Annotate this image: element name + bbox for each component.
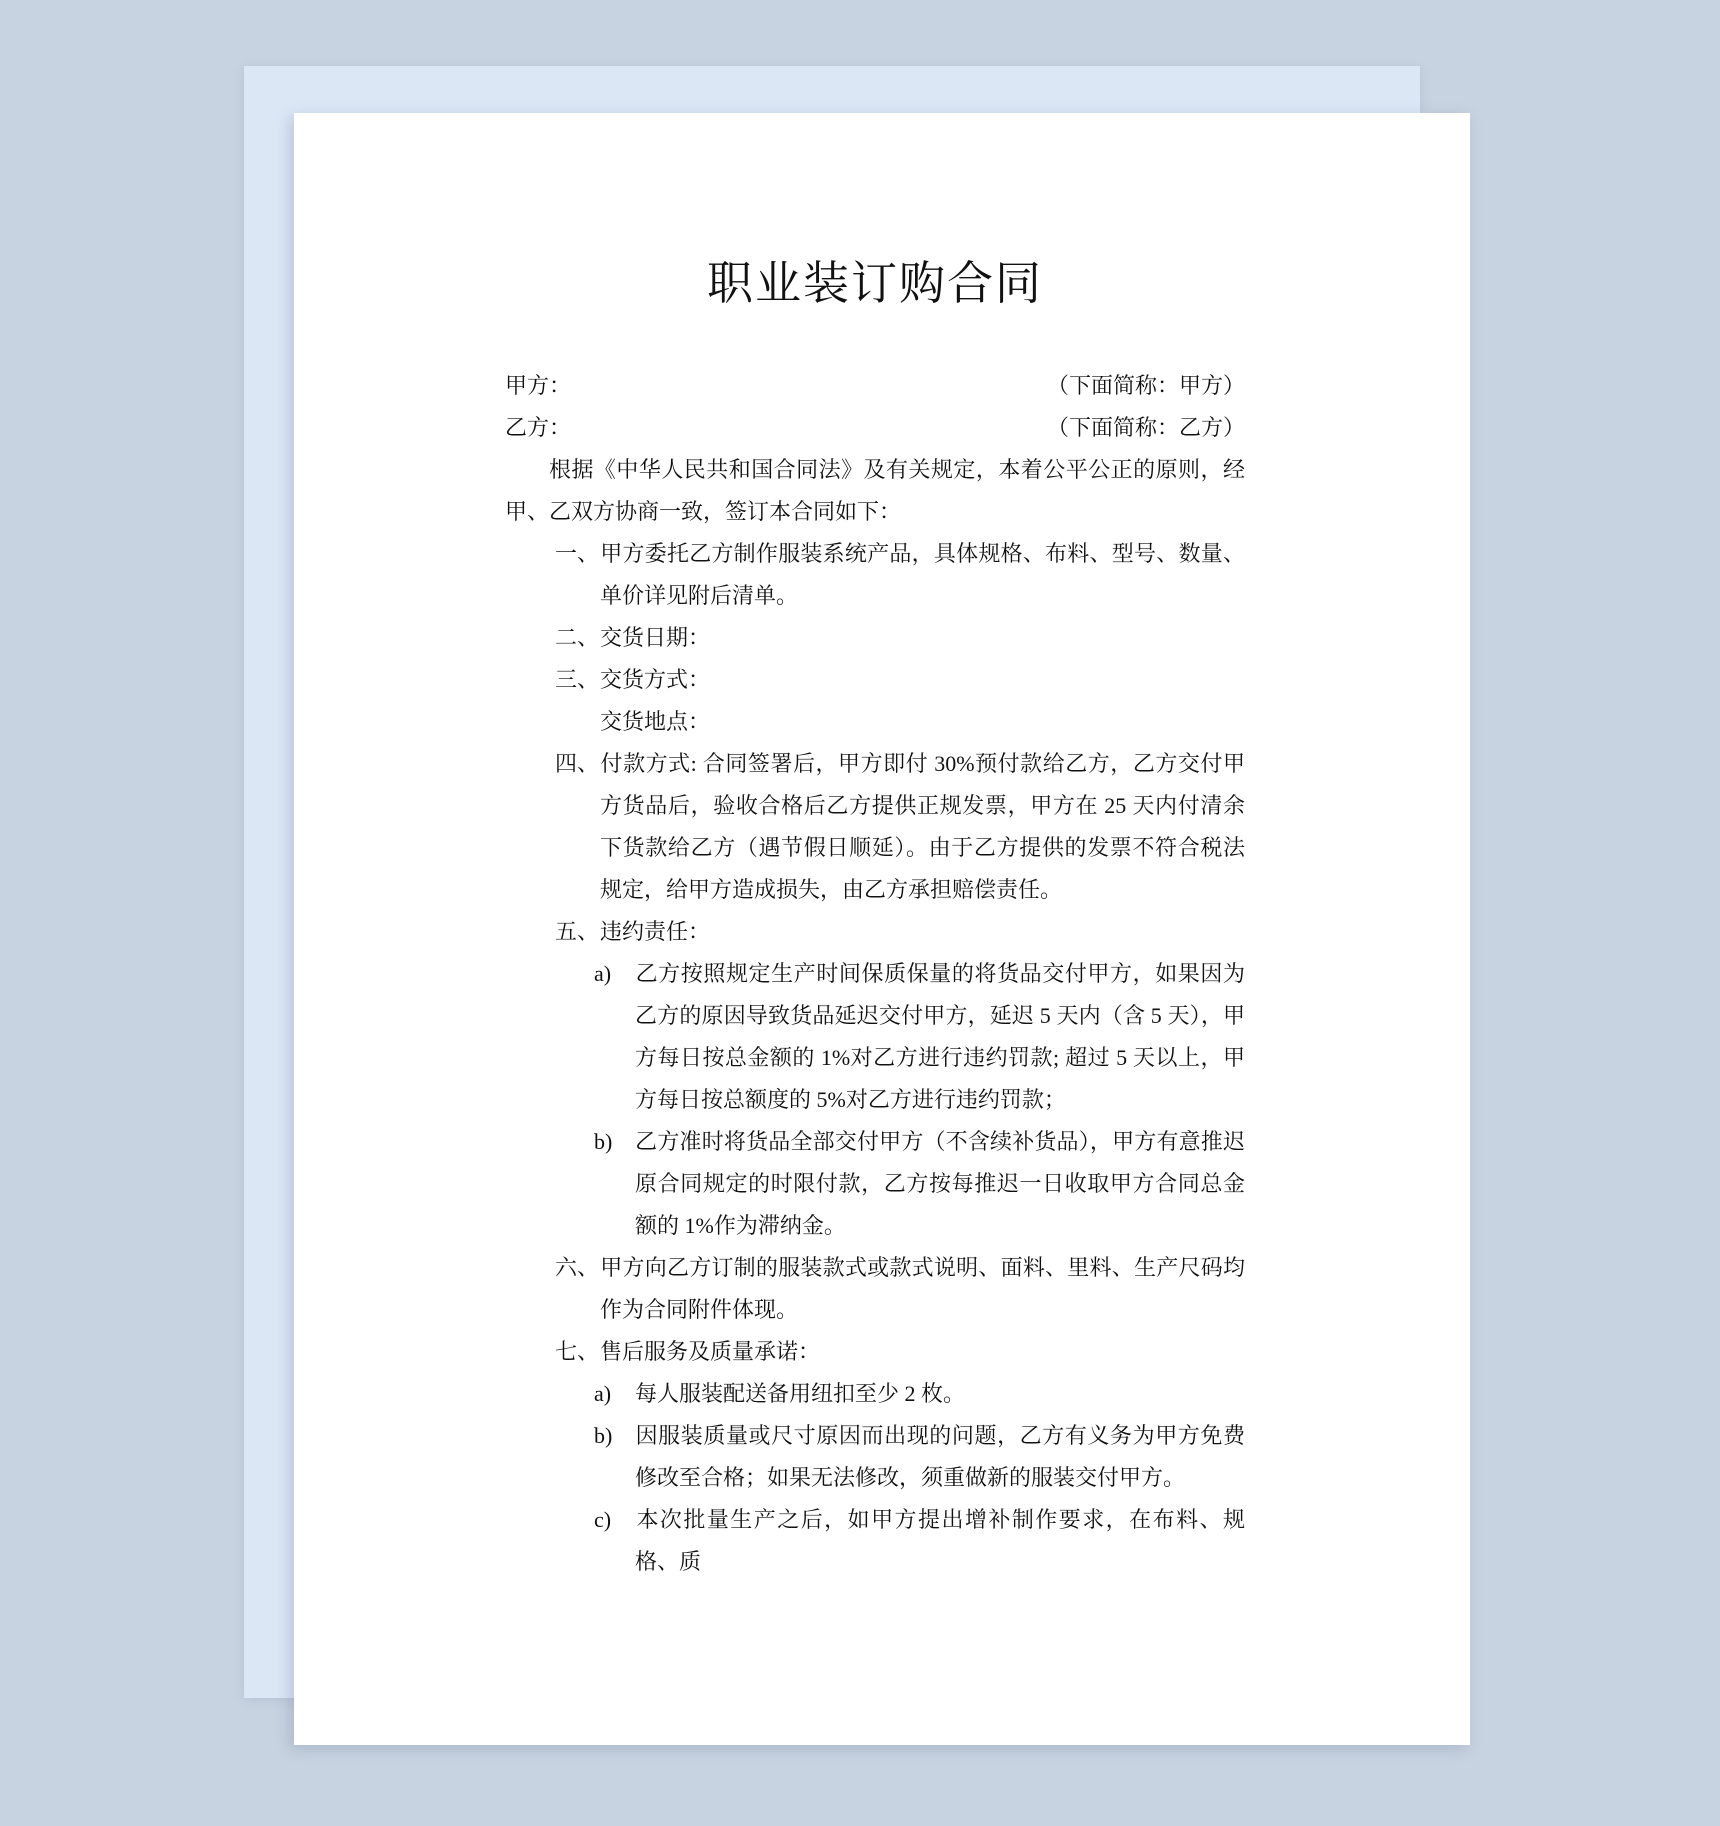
clause-text: 每人服装配送备用纽扣至少 2 枚。 (635, 1381, 965, 1406)
clause-label: c) (505, 1499, 635, 1541)
clause-sub-line: 交货地点： (505, 701, 1245, 743)
clause-label: a) (505, 953, 635, 995)
contract-preamble: 根据《中华人民共和国合同法》及有关规定，本着公平公正的原则，经甲、乙双方协商一致… (505, 449, 1245, 533)
clause: 二、交货日期： (505, 617, 1245, 659)
party-a-label: 甲方： (505, 365, 571, 407)
clause: 五、违约责任： (505, 911, 1245, 953)
party-a-alias: （下面简称：甲方） (1047, 365, 1245, 407)
party-b-label: 乙方： (505, 407, 571, 449)
clause-label: b) (505, 1415, 635, 1457)
party-b-alias: （下面简称：乙方） (1047, 407, 1245, 449)
clause: b)因服装质量或尺寸原因而出现的问题，乙方有义务为甲方免费修改至合格；如果无法修… (505, 1415, 1245, 1499)
party-b-row: 乙方： （下面简称：乙方） (505, 407, 1245, 449)
contract-content: 职业装订购合同 甲方： （下面简称：甲方） 乙方： （下面简称：乙方） 根据《中… (294, 113, 1470, 1745)
clause: a)每人服装配送备用纽扣至少 2 枚。 (505, 1373, 1245, 1415)
clause-label: 二、 (505, 617, 600, 659)
clause: c)本次批量生产之后，如甲方提出增补制作要求，在布料、规格、质 (505, 1499, 1245, 1583)
clause: 四、付款方式: 合同签署后，甲方即付 30%预付款给乙方，乙方交付甲方货品后，验… (505, 743, 1245, 911)
clause-text: 违约责任： (600, 919, 710, 944)
clause-label: 五、 (505, 911, 600, 953)
clause-text: 售后服务及质量承诺： (600, 1339, 820, 1364)
clause-label: 一、 (505, 533, 600, 575)
clause: 一、甲方委托乙方制作服装系统产品，具体规格、布料、型号、数量、单价详见附后清单。 (505, 533, 1245, 617)
clause-label: 六、 (505, 1247, 600, 1289)
clause: 七、售后服务及质量承诺： (505, 1331, 1245, 1373)
clause-list: 一、甲方委托乙方制作服装系统产品，具体规格、布料、型号、数量、单价详见附后清单。… (505, 533, 1245, 1583)
clause: b)乙方准时将货品全部交付甲方（不含续补货品），甲方有意推迟原合同规定的时限付款… (505, 1121, 1245, 1247)
contract-page: 职业装订购合同 甲方： （下面简称：甲方） 乙方： （下面简称：乙方） 根据《中… (294, 113, 1470, 1745)
clause-text: 因服装质量或尺寸原因而出现的问题，乙方有义务为甲方免费修改至合格；如果无法修改，… (635, 1423, 1245, 1490)
clause: 三、交货方式： (505, 659, 1245, 701)
clause-text: 本次批量生产之后，如甲方提出增补制作要求，在布料、规格、质 (635, 1507, 1245, 1574)
party-a-row: 甲方： （下面简称：甲方） (505, 365, 1245, 407)
clause-label: 四、 (505, 743, 600, 785)
clause-label: 七、 (505, 1331, 600, 1373)
contract-title: 职业装订购合同 (505, 255, 1245, 313)
clause-text: 交货方式： (600, 667, 710, 692)
clause-text: 甲方向乙方订制的服装款式或款式说明、面料、里料、生产尺码均作为合同附件体现。 (600, 1255, 1245, 1322)
clause-label: a) (505, 1373, 635, 1415)
clause-text: 乙方准时将货品全部交付甲方（不含续补货品），甲方有意推迟原合同规定的时限付款，乙… (635, 1129, 1245, 1238)
clause-text: 乙方按照规定生产时间保质保量的将货品交付甲方，如果因为乙方的原因导致货品延迟交付… (635, 961, 1245, 1112)
desktop-background: 职业装订购合同 甲方： （下面简称：甲方） 乙方： （下面简称：乙方） 根据《中… (0, 0, 1720, 1826)
clause: 六、甲方向乙方订制的服装款式或款式说明、面料、里料、生产尺码均作为合同附件体现。 (505, 1247, 1245, 1331)
clause-label: b) (505, 1121, 635, 1163)
clause-text: 交货日期： (600, 625, 710, 650)
clause-text: 甲方委托乙方制作服装系统产品，具体规格、布料、型号、数量、单价详见附后清单。 (600, 541, 1245, 608)
clause-text: 付款方式: 合同签署后，甲方即付 30%预付款给乙方，乙方交付甲方货品后，验收合… (600, 751, 1245, 902)
clause: a)乙方按照规定生产时间保质保量的将货品交付甲方，如果因为乙方的原因导致货品延迟… (505, 953, 1245, 1121)
clause-label: 三、 (505, 659, 600, 701)
